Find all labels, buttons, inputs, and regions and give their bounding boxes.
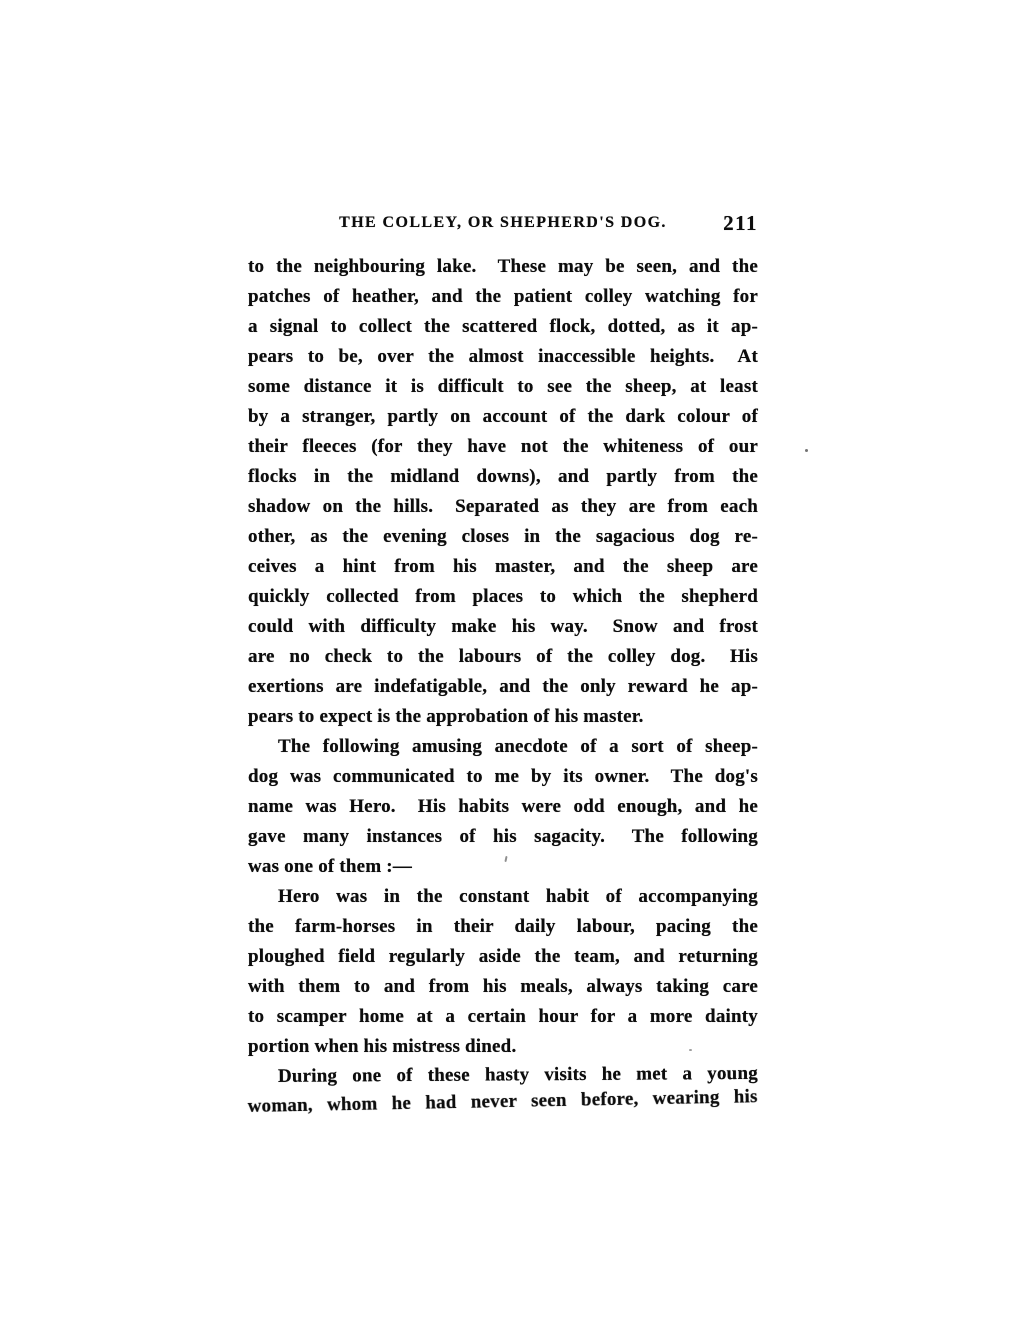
text-line: portion when his mistress dined. (248, 1032, 758, 1062)
text-line: Hero was in the constant habit of accomp… (248, 882, 758, 912)
text-line: a signal to collect the scattered flock,… (248, 312, 758, 342)
text-line: quickly collected from places to which t… (248, 582, 758, 612)
text-line: by a stranger, partly on account of the … (248, 402, 758, 432)
text-line: could with difficulty make his way. Snow… (248, 612, 758, 642)
text-line: dog was communicated to me by its owner.… (248, 762, 758, 792)
text-line: with them to and from his meals, always … (248, 972, 758, 1002)
text-line: pears to expect is the approbation of hi… (248, 702, 758, 732)
running-header: THE COLLEY, OR SHEPHERD'S DOG. 211 (248, 211, 758, 237)
text-line: some distance it is difficult to see the… (248, 372, 758, 402)
body-text: to the neighbouring lake. These may be s… (248, 252, 758, 1122)
text-line: gave many instances of his sagacity. The… (248, 822, 758, 852)
text-line: The following amusing anecdote of a sort… (248, 732, 758, 762)
page-number: 211 (723, 211, 758, 236)
text-line: was one of them :— (248, 852, 758, 882)
text-line: shadow on the hills. Separated as they a… (248, 492, 758, 522)
text-line: other, as the evening closes in the saga… (248, 522, 758, 552)
scanned-book-page: THE COLLEY, OR SHEPHERD'S DOG. 211 to th… (0, 0, 1033, 1339)
running-header-title: THE COLLEY, OR SHEPHERD'S DOG. (248, 214, 758, 232)
text-line: their fleeces (for they have not the whi… (248, 432, 758, 462)
text-line: ceives a hint from his master, and the s… (248, 552, 758, 582)
text-line: the farm-horses in their daily labour, p… (248, 912, 758, 942)
text-line: pears to be, over the almost inaccessibl… (248, 342, 758, 372)
scan-speck (689, 1049, 692, 1051)
text-line: ploughed field regularly aside the team,… (248, 942, 758, 972)
text-line: patches of heather, and the patient coll… (248, 282, 758, 312)
text-line: are no check to the labours of the colle… (248, 642, 758, 672)
scan-speck (805, 449, 808, 452)
text-line: to the neighbouring lake. These may be s… (248, 252, 758, 282)
text-line: name was Hero. His habits were odd enoug… (248, 792, 758, 822)
text-line: flocks in the midland downs), and partly… (248, 462, 758, 492)
text-line: exertions are indefatigable, and the onl… (248, 672, 758, 702)
text-line: to scamper home at a certain hour for a … (248, 1002, 758, 1032)
